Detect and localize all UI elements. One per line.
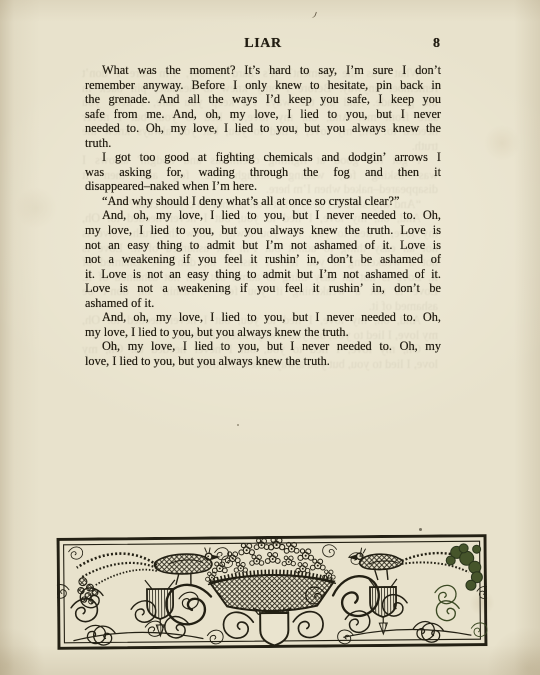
text-line: it. Love is not an easy thing to admit b…	[85, 267, 441, 282]
text-line: was asking for, wading through the fog a…	[85, 165, 441, 180]
text-line: my love, I lied to you, but you always k…	[85, 223, 441, 238]
paragraph: I got too good at fighting chemicals and…	[85, 150, 441, 194]
text-line: What was the moment? It’s hard to say, I…	[85, 63, 441, 78]
tailpiece-ornament	[57, 534, 488, 650]
text-line: disappeared–naked when I’m here.	[85, 179, 441, 194]
paragraph: And, oh, my love, I lied to you, but I n…	[85, 310, 441, 339]
body-text: What was the moment? It’s hard to say, I…	[85, 63, 441, 368]
book-page: { "colors": { "paper": "#e8e2cc", "ink":…	[0, 0, 540, 675]
text-line: And, oh, my love, I lied to you, but I n…	[85, 208, 441, 223]
page-number: 8	[433, 36, 440, 52]
paragraph: Oh, my love, I lied to you, but I never …	[85, 339, 441, 368]
text-line: And, oh, my love, I lied to you, but I n…	[85, 310, 441, 325]
text-line: needed to. Oh, my love, I lied to you, b…	[85, 121, 441, 136]
paragraph: What was the moment? It’s hard to say, I…	[85, 63, 441, 150]
ink-speck	[419, 528, 422, 531]
text-line: my love, I lied to you, but you always k…	[85, 325, 441, 340]
text-line: not an easy thing to admit but I’m not a…	[85, 238, 441, 253]
text-line: I got too good at fighting chemicals and…	[85, 150, 441, 165]
ornament-engraving	[57, 536, 488, 649]
ink-speck	[237, 424, 239, 426]
text-line: Love is not a weakening if you feel it r…	[85, 281, 441, 296]
paragraph: And, oh, my love, I lied to you, but I n…	[85, 208, 441, 310]
text-line: ashamed of it.	[85, 296, 441, 311]
text-line: Oh, my love, I lied to you, but I never …	[85, 339, 441, 354]
text-line: truth.	[85, 136, 441, 151]
text-line: “And why should I deny what’s all at onc…	[85, 194, 441, 209]
ink-speck	[310, 10, 317, 18]
text-line: the grenade. And all the ways I’d keep y…	[85, 92, 441, 107]
running-title: LIAR	[85, 36, 441, 52]
text-line: love, I lied to you, but you always knew…	[85, 354, 441, 369]
text-line: remember anyway. Before I only knew to h…	[85, 78, 441, 93]
text-line: safe from me. And, oh, my love, I lied t…	[85, 107, 441, 122]
page-header: LIAR 8	[85, 36, 441, 52]
text-line: not a weakening if you feel it rushin’ i…	[85, 252, 441, 267]
paragraph: “And why should I deny what’s all at onc…	[85, 194, 441, 209]
